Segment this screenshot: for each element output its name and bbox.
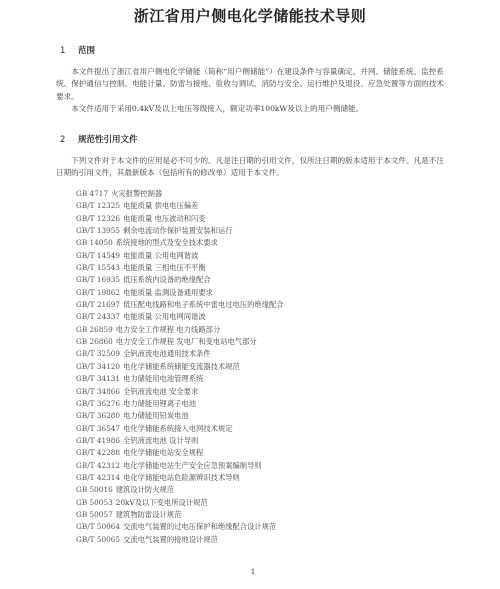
reference-item: GB/T 21697低压配电线路和电子系统中雷电过电压的绝缘配合	[76, 299, 284, 311]
standard-code: GB/T 42314	[76, 473, 120, 482]
standard-name: 全钒液流电池 设计导则	[123, 436, 198, 445]
reference-item: GB/T 16935低压系统内设备的绝缘配合	[76, 274, 284, 286]
standard-name: 全钒液流电池 安全要求	[123, 387, 198, 396]
standard-code: GB/T 36280	[76, 411, 120, 420]
section-heading-scope: 1范围	[60, 44, 95, 56]
standard-code: GB/T 14549	[76, 251, 120, 260]
standard-name: 建筑物防雷设计规范	[116, 510, 182, 519]
standard-name: 低压系统内设备的绝缘配合	[123, 275, 211, 284]
reference-item: GB 50057建筑物防雷设计规范	[76, 509, 284, 521]
standard-name: 系统接地的型式及安全技术要求	[116, 238, 218, 247]
standard-code: GB/T 41986	[76, 436, 120, 445]
standard-code: GB/T 16935	[76, 275, 120, 284]
standard-code: GB/T 42288	[76, 448, 120, 457]
standard-code: GB 50016	[76, 485, 113, 494]
standard-name: 电能质量 三相电压不平衡	[123, 263, 206, 272]
standard-name: 电化学储能电站危险源辨识技术导则	[123, 473, 240, 482]
standard-name: 电力储能用铅炭电池	[123, 411, 189, 420]
reference-item: GB/T 42288电化学储能电站安全规程	[76, 447, 284, 459]
standard-name: 全钒液流电池通用技术条件	[123, 349, 211, 358]
section-number: 1	[60, 46, 78, 56]
standard-code: GB 26859	[76, 325, 113, 334]
reference-item: GB/T 32509全钒液流电池通用技术条件	[76, 348, 284, 360]
standard-name: 建筑设计防火规范	[116, 485, 174, 494]
reference-item: GB/T 12326电能质量 电压波动和闪变	[76, 213, 284, 225]
reference-item: GB/T 19862电能质量 监测设备通用要求	[76, 287, 284, 299]
reference-item: GB/T 41986全钒液流电池 设计导则	[76, 435, 284, 447]
standard-name: 电力安全工作规程 发电厂和变电站电气部分	[116, 337, 257, 346]
reference-item: GB 50016建筑设计防火规范	[76, 484, 284, 496]
standard-code: GB 14050	[76, 238, 113, 247]
standard-name: 电力储能用电池管理系统	[123, 374, 203, 383]
reference-item: GB/T 50064交流电气装置的过电压保护和绝缘配合设计规范	[76, 521, 284, 533]
standard-code: GB/T 36547	[76, 424, 120, 433]
standard-code: GB/T 13955	[76, 226, 120, 235]
standard-code: GB/T 32509	[76, 349, 120, 358]
standard-name: 电能质量 监测设备通用要求	[123, 288, 213, 297]
reference-item: GB/T 34131电力储能用电池管理系统	[76, 373, 284, 385]
scope-paragraph-2: 本文件适用于采用0.4kV及以上电压等级接入，额定功率100kW及以上的用户侧储…	[56, 103, 444, 115]
reference-item: GB/T 12325电能质量 供电电压偏差	[76, 200, 284, 212]
standard-name: 电能质量 供电电压偏差	[123, 201, 198, 210]
reference-item: GB/T 36280电力储能用铅炭电池	[76, 410, 284, 422]
standard-code: GB/T 15543	[76, 263, 120, 272]
standard-code: GB 50057	[76, 510, 113, 519]
standard-code: GB 26860	[76, 337, 113, 346]
reference-item: GB/T 24337电能质量 公用电网间谐波	[76, 311, 284, 323]
reference-item: GB 26860电力安全工作规程 发电厂和变电站电气部分	[76, 336, 284, 348]
standard-name: 电化学储能电站生产安全应急预案编制导则	[123, 461, 262, 470]
reference-list: GB 4717火灾报警控制器 GB/T 12325电能质量 供电电压偏差 GB/…	[76, 188, 284, 546]
standard-code: GB/T 34866	[76, 387, 120, 396]
standard-code: GB/T 42312	[76, 461, 120, 470]
standard-code: GB 4717	[76, 189, 108, 198]
standard-code: GB/T 34120	[76, 362, 120, 371]
reference-item: GB 14050系统接地的型式及安全技术要求	[76, 237, 284, 249]
section-heading-references: 2规范性引用文件	[60, 133, 138, 145]
standard-name: 电化学储能系统储能变流器技术规范	[123, 362, 240, 371]
standard-code: GB/T 50065	[76, 535, 120, 544]
standard-code: GB/T 21697	[76, 300, 120, 309]
standard-name: 剩余电流动作保护装置安装和运行	[123, 226, 232, 235]
scope-paragraph-1: 本文件提出了浙江省用户侧电化学储能（简称“用户侧储能”）在建设条件与容量确定、并…	[56, 66, 444, 103]
reference-item: GB/T 13955剩余电流动作保护装置安装和运行	[76, 225, 284, 237]
standard-name: 火灾报警控制器	[111, 189, 162, 198]
reference-item: GB/T 14549电能质量 公用电网谐波	[76, 250, 284, 262]
reference-item: GB/T 42314电化学储能电站危险源辨识技术导则	[76, 472, 284, 484]
reference-item: GB/T 50065交流电气装置的接地设计规范	[76, 534, 284, 546]
standard-name: 交流电气装置的过电压保护和绝缘配合设计规范	[123, 522, 276, 531]
standard-name: 20kV及以下变电所设计规范	[116, 498, 208, 507]
standard-code: GB 50053	[76, 498, 113, 507]
standard-code: GB/T 19862	[76, 288, 120, 297]
standard-name: 电化学储能电站安全规程	[123, 448, 203, 457]
standard-code: GB/T 12326	[76, 214, 120, 223]
standard-code: GB/T 36276	[76, 399, 120, 408]
reference-item: GB 5005320kV及以下变电所设计规范	[76, 497, 284, 509]
reference-item: GB 4717火灾报警控制器	[76, 188, 284, 200]
references-intro-paragraph: 下列文件对于本文件的应用是必不可少的。凡是注日期的引用文件，仅所注日期的版本适用…	[56, 155, 444, 180]
reference-item: GB/T 34120电化学储能系统储能变流器技术规范	[76, 361, 284, 373]
standard-name: 电能质量 电压波动和闪变	[123, 214, 206, 223]
reference-item: GB/T 36547电化学储能系统接入电网技术规定	[76, 423, 284, 435]
reference-item: GB/T 42312电化学储能电站生产安全应急预案编制导则	[76, 460, 284, 472]
reference-item: GB 26859电力安全工作规程 电力线路部分	[76, 324, 284, 336]
standard-code: GB/T 34131	[76, 374, 120, 383]
standard-name: 电能质量 公用电网间谐波	[123, 312, 206, 321]
standard-name: 低压配电线路和电子系统中雷电过电压的绝缘配合	[123, 300, 284, 309]
standard-name: 电力安全工作规程 电力线路部分	[116, 325, 220, 334]
standard-code: GB/T 24337	[76, 312, 120, 321]
standard-name: 电力储能用锂离子电池	[123, 399, 196, 408]
standard-code: GB/T 50064	[76, 522, 120, 531]
reference-item: GB/T 34866全钒液流电池 安全要求	[76, 386, 284, 398]
standard-name: 电化学储能系统接入电网技术规定	[123, 424, 232, 433]
document-title: 浙江省用户侧电化学储能技术导则	[0, 5, 500, 26]
reference-item: GB/T 15543电能质量 三相电压不平衡	[76, 262, 284, 274]
standard-code: GB/T 12325	[76, 201, 120, 210]
standard-name: 交流电气装置的接地设计规范	[123, 535, 218, 544]
section-title: 规范性引用文件	[78, 135, 138, 145]
page-number: 1	[0, 567, 500, 576]
section-number: 2	[60, 135, 78, 145]
reference-item: GB/T 36276电力储能用锂离子电池	[76, 398, 284, 410]
section-title: 范围	[78, 46, 95, 56]
standard-name: 电能质量 公用电网谐波	[123, 251, 198, 260]
